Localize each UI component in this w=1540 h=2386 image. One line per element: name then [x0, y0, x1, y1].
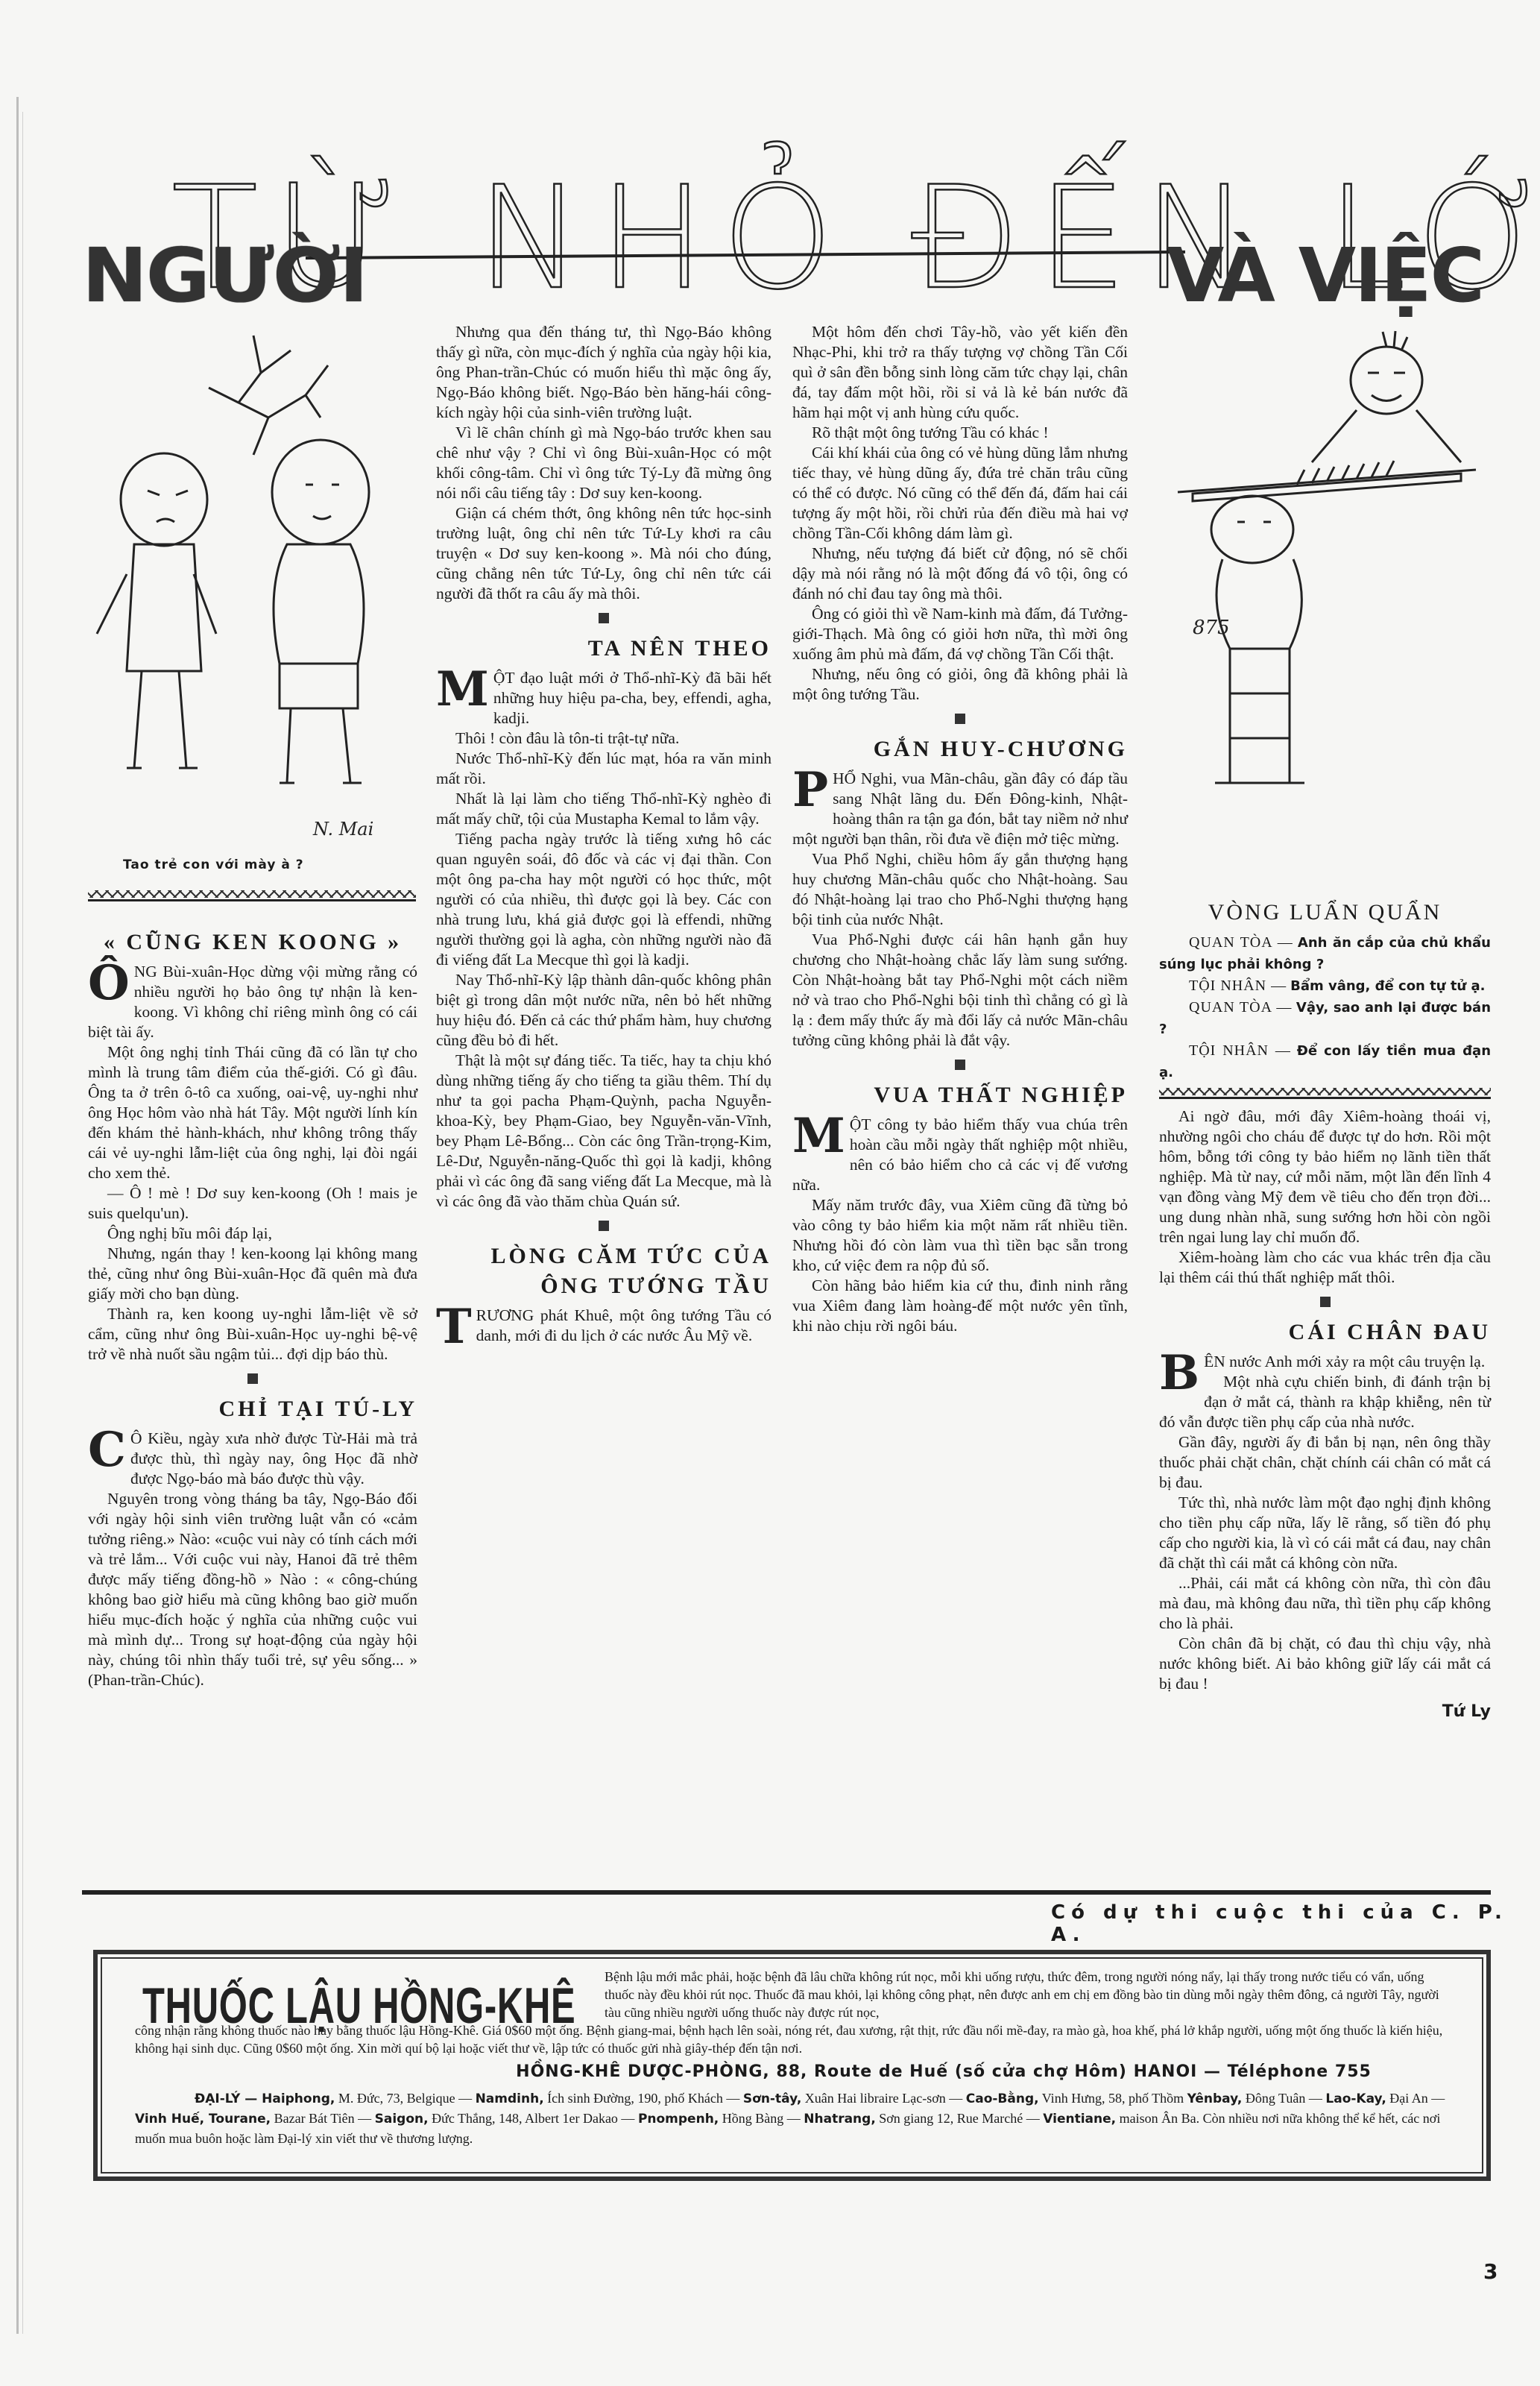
- article-paragraph: Một nhà cựu chiến binh, đi đánh trận bị …: [1159, 1372, 1491, 1432]
- dialogue-divider-rule: [1159, 1097, 1491, 1099]
- page-number: 3: [1483, 2259, 1498, 2284]
- cartoon-caption: Tao trẻ con với mày à ?: [123, 857, 304, 872]
- column-1: « CŨNG KEN KOONG » ÔNG Bùi-xuân-Học dừng…: [88, 917, 417, 1690]
- article-paragraph: Nhất là lại làm cho tiếng Thổ-nhĩ-Kỳ ngh…: [436, 789, 771, 829]
- article-paragraph: Xiêm-hoàng làm cho các vua khác trên địa…: [1159, 1247, 1491, 1288]
- article-paragraph: — Ô ! mè ! Dơ suy ken-koong (Oh ! mais j…: [88, 1183, 417, 1224]
- page-edge: [16, 97, 19, 2334]
- dialogue-line: QUAN TÒA — Anh ăn cắp của chủ khẩu súng …: [1159, 932, 1491, 975]
- section-bullet-icon: [955, 1060, 965, 1070]
- article-paragraph: Thôi ! còn đâu là tôn-ti trật-tự nữa.: [436, 728, 771, 749]
- section-bullet-icon: [955, 714, 965, 724]
- article-paragraph: Mấy năm trước đây, vua Xiêm cũng đã từng…: [792, 1195, 1128, 1276]
- section-bullet-icon: [1320, 1297, 1331, 1307]
- courtroom-drawing-icon: 875: [1163, 321, 1491, 887]
- article-paragraph: Một hôm đến chơi Tây-hồ, vào yết kiến đề…: [792, 322, 1128, 423]
- drop-cap: C: [88, 1430, 126, 1470]
- cartoon-judge-and-prisoner: 875: [1163, 321, 1491, 887]
- heading-vong-luan-quan: VÒNG LUẨN QUẨN: [1159, 899, 1491, 926]
- ad-intro: Bệnh lậu mới mắc phải, hoặc bệnh đã lâu …: [605, 1968, 1454, 2021]
- caption-divider: [88, 886, 416, 901]
- drop-cap: T: [436, 1307, 472, 1347]
- children-drawing-icon: N. Mai: [82, 321, 417, 857]
- ad-description: công nhận rằng không thuốc nào hay bằng …: [135, 2021, 1454, 2057]
- drop-cap: M: [792, 1116, 845, 1156]
- bottom-rule: [82, 1890, 1491, 1895]
- article-paragraph: Còn hãng bảo hiểm kia cứ thu, đinh ninh …: [792, 1276, 1128, 1336]
- article-paragraph: Nguyên trong vòng tháng ba tây, Ngọ-Báo …: [88, 1489, 417, 1690]
- heading-ta-nen-theo: TA NÊN THEO: [436, 635, 771, 662]
- article-paragraph: Cái khí khái của ông có vẻ hùng dũng lắm…: [792, 443, 1128, 544]
- article-paragraph: CÔ Kiều, ngày xưa nhờ được Từ-Hải mà trả…: [88, 1429, 417, 1489]
- heading-chi-tai-tu-ly: CHỈ TẠI TÚ-LY: [88, 1396, 417, 1423]
- svg-text:N. Mai: N. Mai: [312, 819, 373, 840]
- masthead-bold-right: VÀ VIỆC: [1167, 239, 1483, 313]
- article-paragraph: Một ông nghị tỉnh Thái cũng đã có lần tự…: [88, 1042, 417, 1183]
- article-paragraph: Tiếng pacha ngày trước là tiếng xưng hô …: [436, 829, 771, 970]
- advertisement-box: THUỐC LẬU HỒNG-KHÊ Bệnh lậu mới mắc phải…: [93, 1950, 1491, 2181]
- dialogue-line: TỘI NHÂN — Bẩm vâng, để con tự tử ạ.: [1159, 975, 1491, 997]
- article-paragraph: Nay Thổ-nhĩ-Kỳ lập thành dân-quốc không …: [436, 970, 771, 1051]
- drop-cap: M: [436, 670, 489, 710]
- section-bullet-icon: [599, 613, 609, 623]
- article-paragraph: PHỔ Nghi, vua Mãn-châu, gần đây có đáp t…: [792, 769, 1128, 849]
- dialogue: QUAN TÒA — Anh ăn cắp của chủ khẩu súng …: [1159, 932, 1491, 1083]
- author-signature: Tứ Ly: [1159, 1702, 1491, 1722]
- section-bullet-icon: [247, 1373, 258, 1384]
- heading-cai-chan-dau: CÁI CHÂN ĐAU: [1159, 1319, 1491, 1346]
- dialogue-line: QUAN TÒA — Vậy, sao anh lại được bán ?: [1159, 997, 1491, 1040]
- column-4: VÒNG LUẨN QUẨN QUAN TÒA — Anh ăn cắp của…: [1159, 887, 1491, 1722]
- article-paragraph: Tức thì, nhà nước làm một đạo nghị định …: [1159, 1493, 1491, 1573]
- article-paragraph: Giận cá chém thớt, ông không nên tức học…: [436, 503, 771, 604]
- article-paragraph: MỘT công ty bảo hiểm thấy vua chúa trên …: [792, 1115, 1128, 1195]
- heading-long-cam-tuc-line1: LÒNG CĂM TỨC CỦA: [436, 1243, 771, 1270]
- svg-text:875: 875: [1193, 617, 1230, 639]
- article-paragraph: ...Phải, cái mắt cá không còn nữa, thì c…: [1159, 1573, 1491, 1634]
- ad-body: Bệnh lậu mới mắc phải, hoặc bệnh đã lâu …: [135, 1968, 1454, 2148]
- article-paragraph: Thành ra, ken koong uy-nghi lẫm-liệt về …: [88, 1304, 417, 1364]
- cartoon-two-children: N. Mai: [82, 321, 417, 857]
- dialogue-divider: [1159, 1088, 1491, 1095]
- article-paragraph: Vì lẽ chân chính gì mà Ngọ-báo trước khe…: [436, 423, 771, 503]
- article-paragraph: MỘT đạo luật mới ở Thổ-nhĩ-Kỳ đã bãi hết…: [436, 668, 771, 728]
- column-3: Một hôm đến chơi Tây-hồ, vào yết kiến đề…: [792, 322, 1128, 1336]
- article-paragraph: Rõ thật một ông tướng Tầu có khác !: [792, 423, 1128, 443]
- section-bullet-icon: [599, 1221, 609, 1231]
- masthead-bold-left: NGƯỜI: [82, 239, 367, 313]
- article-paragraph: BÊN nước Anh mới xảy ra một câu truyện l…: [1159, 1352, 1491, 1372]
- article-paragraph: Thật là một sự đáng tiếc. Ta tiếc, hay t…: [436, 1051, 771, 1212]
- dialogue-line: TỘI NHÂN — Để con lấy tiền mua đạn ạ.: [1159, 1040, 1491, 1083]
- ad-address: HỒNG-KHÊ DƯỢC-PHÒNG, 88, Route de Huế (s…: [433, 2063, 1454, 2081]
- drop-cap: Ô: [88, 963, 130, 1004]
- article-paragraph: Gần đây, người ấy đi bắn bị nạn, nên ông…: [1159, 1432, 1491, 1493]
- heading-gan-huy-chuong: GẮN HUY-CHƯƠNG: [792, 736, 1128, 763]
- article-paragraph: Nhưng, ngán thay ! ken-koong lại không m…: [88, 1244, 417, 1304]
- drop-cap: P: [792, 770, 828, 810]
- article-paragraph: TRƯƠNG phát Khuê, một ông tướng Tầu có d…: [436, 1306, 771, 1346]
- heading-vua-that-nghiep: VUA THẤT NGHIỆP: [792, 1082, 1128, 1109]
- column-2: Nhưng qua đến tháng tư, thì Ngọ-Báo khôn…: [436, 322, 771, 1347]
- heading-cung-ken-koong: « CŨNG KEN KOONG »: [88, 929, 417, 956]
- article-paragraph: Còn chân đã bị chặt, có đau thì chịu vậy…: [1159, 1634, 1491, 1694]
- article-paragraph: Ông nghị bĩu môi đáp lại,: [88, 1224, 417, 1244]
- article-paragraph: Vua Phổ-Nghi được cái hân hạnh gắn huy c…: [792, 930, 1128, 1051]
- article-paragraph: Ông có giỏi thì về Nam-kinh mà đấm, đá T…: [792, 604, 1128, 664]
- article-paragraph: Nhưng, nếu tượng đá biết cử động, nó sẽ …: [792, 544, 1128, 604]
- page-edge: [22, 112, 23, 2334]
- article-paragraph: Vua Phổ Nghi, chiều hôm ấy gắn thượng hạ…: [792, 849, 1128, 930]
- article-paragraph: Nước Thổ-nhĩ-Kỳ đến lúc mạt, hóa ra văn …: [436, 749, 771, 789]
- article-paragraph: Ai ngờ đâu, mới đây Xiêm-hoàng thoái vị,…: [1159, 1107, 1491, 1247]
- heading-long-cam-tuc-line2: ÔNG TƯỚNG TẦU: [436, 1273, 771, 1300]
- drop-cap: B: [1159, 1353, 1199, 1394]
- masthead: TỪ NHỎ ĐẾN LỚN NGƯỜI VÀ VIỆC: [82, 168, 1483, 317]
- article-paragraph: Nhưng qua đến tháng tư, thì Ngọ-Báo khôn…: [436, 322, 771, 423]
- article-paragraph: Nhưng, nếu ông có giỏi, ông đã không phả…: [792, 664, 1128, 705]
- article-paragraph: ÔNG Bùi-xuân-Học dừng vội mừng rằng có n…: [88, 962, 417, 1042]
- contest-note: Có dự thi cuộc thi của C. P. A.: [1051, 1901, 1540, 1946]
- ad-agents: ĐẠI-LÝ — Haiphong, M. Đức, 73, Belgique …: [135, 2088, 1454, 2148]
